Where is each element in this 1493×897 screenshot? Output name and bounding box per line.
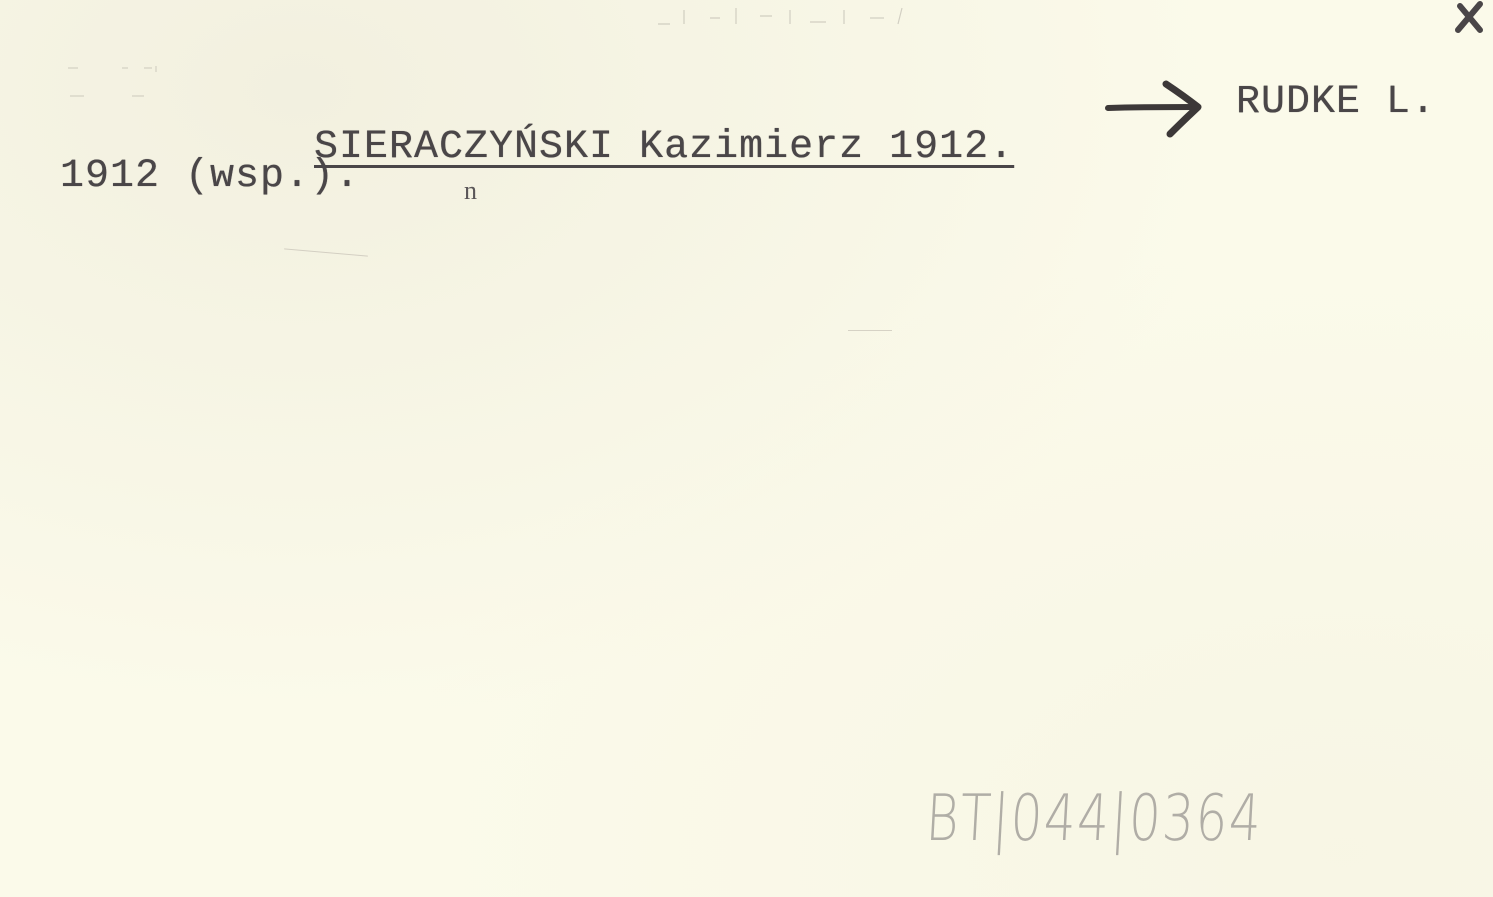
reference-target: RUDKE L. xyxy=(1236,80,1436,125)
shelf-signature: BT|044|0364 xyxy=(924,782,1264,856)
entry-continuation: 1912 (wsp.). xyxy=(60,154,360,199)
heading-text: SIERACZYŃSKI Kazimierz 1912. xyxy=(314,125,1014,170)
faint-left-marks xyxy=(62,62,182,102)
corner-x-mark-icon xyxy=(1452,0,1488,36)
paper-scratch xyxy=(284,248,368,256)
right-arrow-icon xyxy=(1104,78,1214,138)
faint-typewriter-marks xyxy=(640,4,1060,28)
small-handwritten-mark: n xyxy=(464,176,477,206)
paper-scratch xyxy=(848,330,892,331)
catalog-card: SIERACZYŃSKI Kazimierz 1912. RUDKE L. 19… xyxy=(0,0,1493,897)
